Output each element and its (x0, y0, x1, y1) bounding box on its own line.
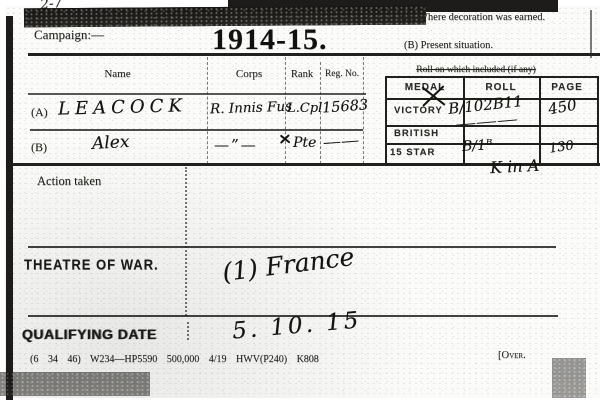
corner-pen-mark: 2-7 (39, 0, 63, 13)
note-present-situation: (B) Present situation. (404, 40, 493, 51)
qualifying-divider-mark (187, 322, 189, 340)
medal-row-15-star: 15 STAR (390, 147, 435, 158)
star-roll-entry: B/1ᴮ (462, 137, 493, 155)
action-taken-entry: K in A (490, 156, 540, 178)
card-left-edge (6, 16, 13, 400)
col-header-name: Name (55, 68, 180, 80)
scan-artifact-bottom-left (0, 372, 150, 396)
page-col-header: PAGE (541, 82, 593, 93)
row-a-underline (30, 129, 363, 131)
scan-artifact-bottom-right (552, 358, 586, 398)
row-b-label: (B) (31, 140, 47, 155)
victory-pen-cross (421, 77, 445, 112)
row-b-rank-pen-mark (280, 131, 290, 144)
medal-row-british: BRITISH (394, 128, 439, 139)
row-a-rank: L.Cpl (287, 101, 322, 116)
action-column-divider (185, 167, 187, 316)
roll-col-header: ROLL (465, 82, 537, 93)
row-b-forename: Alex (92, 132, 130, 154)
row-b-corps-ditto: —”— (214, 136, 258, 154)
row-a-surname: LEACOCK (58, 95, 187, 119)
action-taken-label: Action taken (37, 174, 101, 189)
campaign-rule (28, 53, 600, 56)
campaign-year: 1914-15. (212, 23, 328, 57)
divider-name-corps (207, 57, 208, 164)
theatre-of-war-label: THEATRE OF WAR. (24, 256, 159, 273)
note-where-decoration-earned: (A) Where decoration was earned. (401, 12, 545, 23)
card-right-edge (590, 10, 592, 58)
header-rule (28, 93, 366, 95)
print-code-line: (6 34 46) W234—HP5590 500,000 4/19 HWV(P… (30, 354, 319, 365)
row-a-corps: R. Innis Fus (210, 99, 293, 118)
col-header-rank: Rank (286, 69, 318, 80)
row-a-label: (A) (31, 105, 48, 120)
row-b-rank: Pte (293, 135, 316, 151)
row-b-reg-no-ditto: —— (322, 133, 359, 152)
campaign-label: Campaign:— (34, 27, 104, 43)
col-header-corps: Corps (215, 68, 283, 80)
over-note: [Over. (498, 350, 526, 361)
medal-index-card-scan: 2-7 Campaign:— 1914-15. (A) Where decora… (0, 0, 600, 412)
row-a-reg-no: 15683 (321, 97, 368, 116)
action-bottom-rule (28, 246, 556, 248)
col-header-reg-no: Reg. No. (320, 69, 364, 79)
roll-included-header-struck: Roll on which included (if any) (390, 65, 562, 75)
qualifying-date-label: QUALIFYING DATE (22, 326, 157, 342)
